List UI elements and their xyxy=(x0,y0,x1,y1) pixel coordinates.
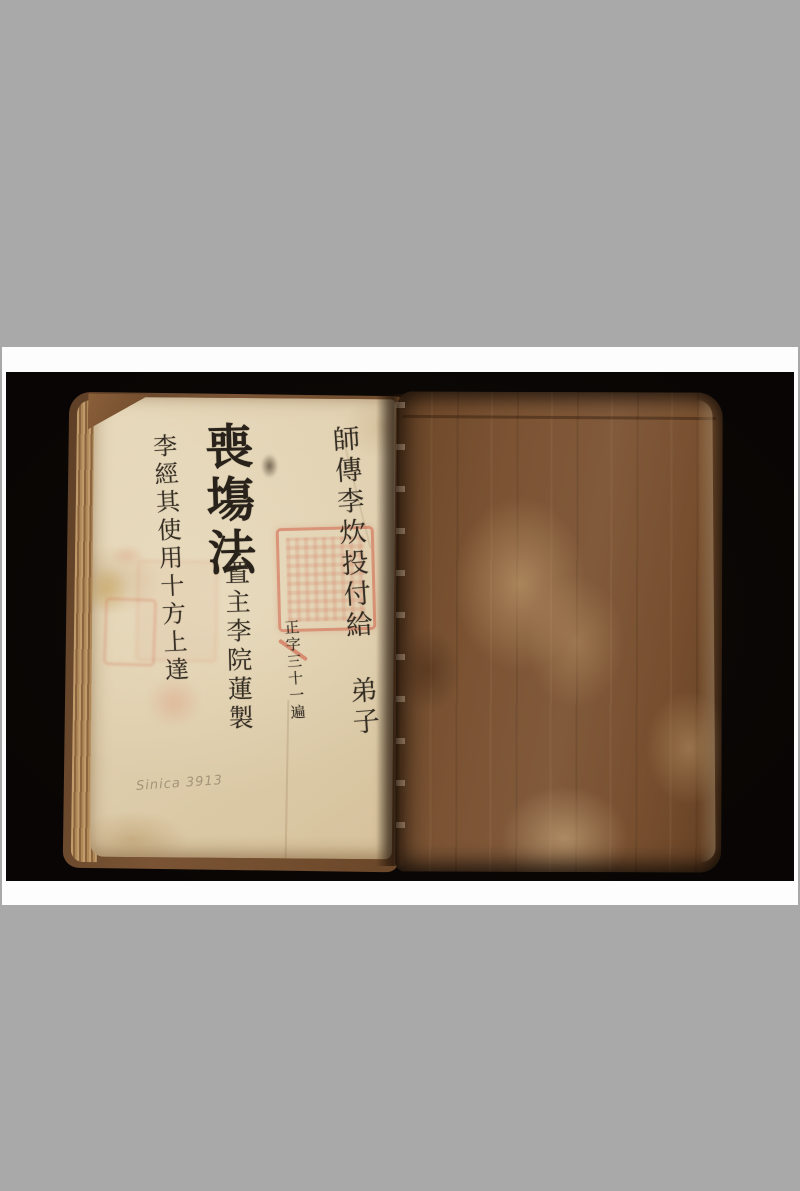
seal-ink-blot xyxy=(110,544,144,566)
gutter-shadow xyxy=(376,394,406,866)
cover-edge-highlight xyxy=(696,400,715,862)
faded-seal-stamp xyxy=(103,597,157,667)
manuscript-title: 喪塲法 xyxy=(200,421,252,581)
page-background: 師傳李炊投付給 弟子 正字三十一遍 喪塲法 置主李院蓮製 李經其使用十方上達 S… xyxy=(0,0,800,1191)
back-cover xyxy=(395,391,723,872)
ink-smudge xyxy=(261,454,278,478)
maker-note-column: 置主李院蓮製 xyxy=(223,559,253,734)
